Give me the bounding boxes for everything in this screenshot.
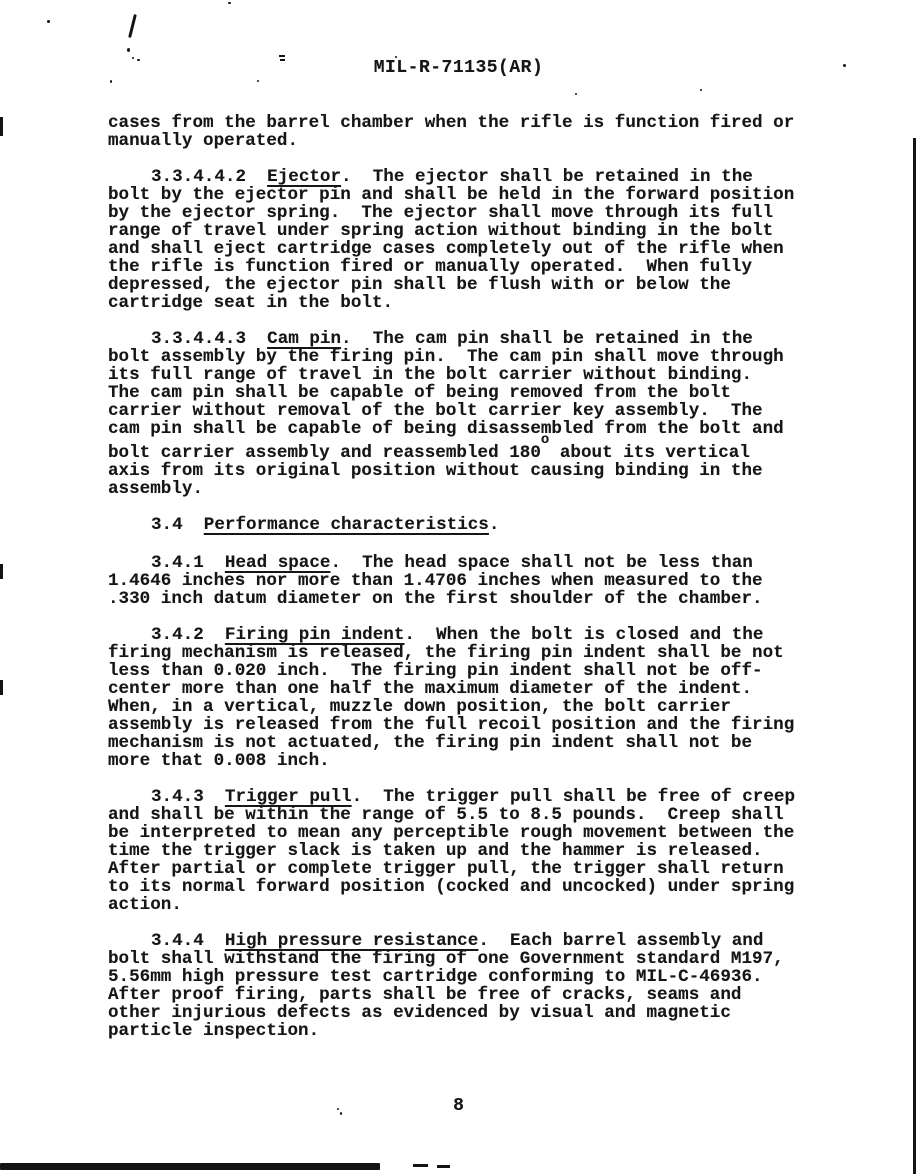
text-line: 5.56mm high pressure test cartridge conf…	[108, 968, 848, 986]
text-line: more that 0.008 inch.	[108, 752, 848, 770]
text-line: assembly is released from the full recoi…	[108, 716, 848, 734]
section-lead-text: . The ejector shall be retained in the	[341, 167, 753, 187]
text-line: The cam pin shall be capable of being re…	[108, 384, 848, 402]
text-line: bolt assembly by the firing pin. The cam…	[108, 348, 848, 366]
section-title: Firing pin indent	[225, 625, 405, 645]
text-line: particle inspection.	[108, 1022, 848, 1040]
section-number: 3.4.2	[151, 625, 225, 645]
section-title: Head space	[225, 553, 331, 573]
scan-speckle	[228, 2, 231, 4]
text-line: firing mechanism is released, the firing…	[108, 644, 848, 662]
text-line: and shall be within the range of 5.5 to …	[108, 806, 848, 824]
text-line: its full range of travel in the bolt car…	[108, 366, 848, 384]
text-line: 3.4.1 Head space. The head space shall n…	[108, 554, 848, 572]
page-number: 8	[0, 1096, 917, 1116]
text-line: bolt shall withstand the firing of one G…	[108, 950, 848, 968]
section-title: Trigger pull	[225, 787, 352, 807]
section-3.3.4.4.3: 3.3.4.4.3 Cam pin. The cam pin shall be …	[108, 330, 848, 498]
section-lead-text: .	[489, 515, 500, 535]
text-line: bolt carrier assembly and reassembled 18…	[108, 444, 848, 462]
text-line: 1.4646 inches nor more than 1.4706 inche…	[108, 572, 848, 590]
text-line: action.	[108, 896, 848, 914]
section-lead-text: . The head space shall not be less than	[331, 553, 753, 573]
text-line: cam pin shall be capable of being disass…	[108, 420, 848, 438]
section-lead-text: . Each barrel assembly and	[478, 931, 763, 951]
section-3.4.3: 3.4.3 Trigger pull. The trigger pull sha…	[108, 788, 848, 914]
text-line: After proof firing, parts shall be free …	[108, 986, 848, 1004]
section-number: 3.3.4.4.2	[151, 167, 267, 187]
text-line: 3.4.4 High pressure resistance. Each bar…	[108, 932, 848, 950]
document-header: MIL-R-71135(AR)	[0, 58, 917, 78]
scan-bottom-bar	[0, 1163, 380, 1170]
scan-speckle	[843, 64, 846, 67]
scan-speckle	[257, 80, 259, 82]
section-title: Cam pin	[267, 329, 341, 349]
text-line: carrier without removal of the bolt carr…	[108, 402, 848, 420]
text-line: and shall eject cartridge cases complete…	[108, 240, 848, 258]
scan-bottom-dash	[413, 1164, 428, 1167]
text-line: depressed, the ejector pin shall be flus…	[108, 276, 848, 294]
text-line: the rifle is function fired or manually …	[108, 258, 848, 276]
scan-slash-mark	[128, 14, 137, 38]
scan-speckle	[47, 20, 50, 23]
section-number: 3.4.4	[151, 931, 225, 951]
text-line: bolt by the ejector pin and shall be hel…	[108, 186, 848, 204]
text-line: cartridge seat in the bolt.	[108, 294, 848, 312]
section-3.4: 3.4 Performance characteristics.	[108, 516, 848, 534]
scan-speckle	[337, 1108, 339, 1110]
scan-speckle	[340, 1112, 342, 1115]
text-line: center more than one half the maximum di…	[108, 680, 848, 698]
text-line: mechanism is not actuated, the firing pi…	[108, 734, 848, 752]
section-3.3.4.4.2: 3.3.4.4.2 Ejector. The ejector shall be …	[108, 168, 848, 312]
document-body: cases from the barrel chamber when the r…	[108, 114, 848, 1058]
text-line: by the ejector spring. The ejector shall…	[108, 204, 848, 222]
scan-speckle	[137, 59, 140, 61]
section-lead-text: . The trigger pull shall be free of cree…	[352, 787, 795, 807]
text-line: 3.3.4.4.2 Ejector. The ejector shall be …	[108, 168, 848, 186]
degree-superscript: o	[541, 432, 549, 448]
section-3.4.4: 3.4.4 High pressure resistance. Each bar…	[108, 932, 848, 1040]
section-number: 3.4.3	[151, 787, 225, 807]
text-line: When, in a vertical, muzzle down positio…	[108, 698, 848, 716]
section-title: Performance characteristics	[204, 515, 489, 535]
text-line: time the trigger slack is taken up and t…	[108, 842, 848, 860]
scan-speckle	[395, 56, 397, 58]
text-line: be interpreted to mean any perceptible r…	[108, 824, 848, 842]
section-number: 3.3.4.4.3	[151, 329, 267, 349]
scan-edge-tick	[0, 680, 3, 695]
text-line: 3.4 Performance characteristics.	[108, 516, 848, 534]
text-line: range of travel under spring action with…	[108, 222, 848, 240]
text-line: 3.4.2 Firing pin indent. When the bolt i…	[108, 626, 848, 644]
section-3.4.1: 3.4.1 Head space. The head space shall n…	[108, 554, 848, 608]
scan-speckle	[127, 48, 130, 52]
paragraph: cases from the barrel chamber when the r…	[108, 114, 848, 150]
section-lead-text: . When the bolt is closed and the	[404, 625, 763, 645]
scan-speckle	[700, 89, 702, 91]
section-number: 3.4.1	[151, 553, 225, 573]
scan-speckle	[132, 57, 134, 59]
scan-speckle	[110, 80, 112, 83]
scan-edge-line	[913, 138, 916, 1174]
text-line: After partial or complete trigger pull, …	[108, 860, 848, 878]
text-line: .330 inch datum diameter on the first sh…	[108, 590, 848, 608]
section-title: Ejector	[267, 167, 341, 187]
scan-edge-tick	[0, 117, 3, 136]
text-line: 3.3.4.4.3 Cam pin. The cam pin shall be …	[108, 330, 848, 348]
section-lead-text: . The cam pin shall be retained in the	[341, 329, 753, 349]
text-line: other injurious defects as evidenced by …	[108, 1004, 848, 1022]
text-line: to its normal forward position (cocked a…	[108, 878, 848, 896]
section-title: High pressure resistance	[225, 931, 478, 951]
text-line: axis from its original position without …	[108, 462, 848, 480]
text-line: less than 0.020 inch. The firing pin ind…	[108, 662, 848, 680]
scan-bottom-dash	[437, 1165, 450, 1168]
text-line: 3.4.3 Trigger pull. The trigger pull sha…	[108, 788, 848, 806]
text-line: cases from the barrel chamber when the r…	[108, 114, 848, 132]
section-3.4.2: 3.4.2 Firing pin indent. When the bolt i…	[108, 626, 848, 770]
text-line: assembly.	[108, 480, 848, 498]
text-line: manually operated.	[108, 132, 848, 150]
scan-speckle	[575, 93, 577, 95]
scan-speckle	[279, 55, 285, 57]
document-page: MIL-R-71135(AR) cases from the barrel ch…	[0, 0, 917, 1174]
scan-speckle	[280, 59, 285, 61]
section-number: 3.4	[151, 515, 204, 535]
scan-edge-tick	[0, 564, 3, 579]
